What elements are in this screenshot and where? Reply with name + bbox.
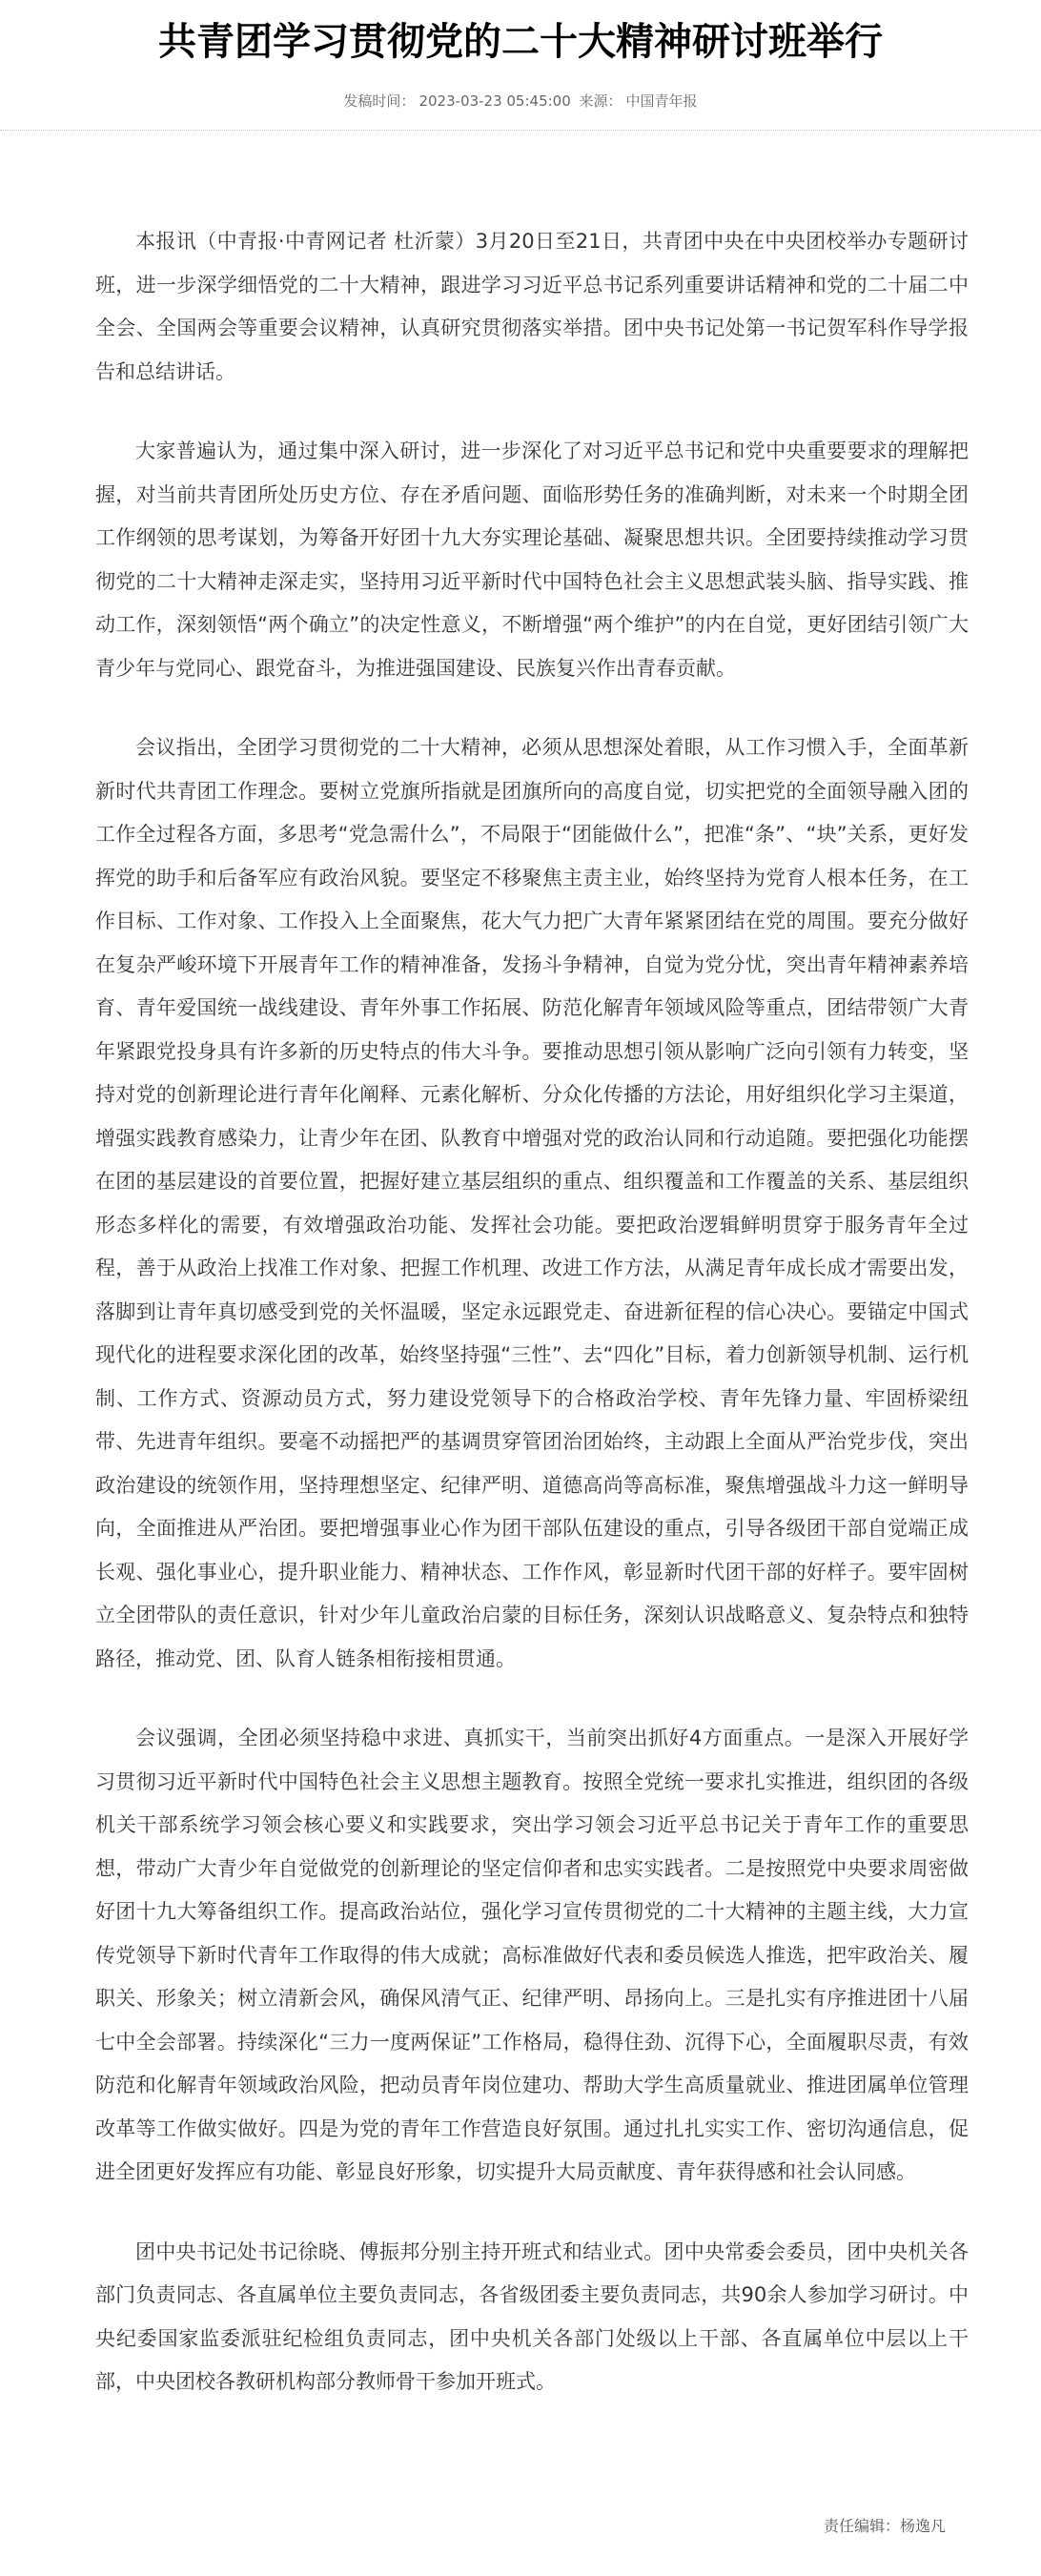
editor-name: 杨逸凡	[900, 2517, 946, 2535]
article-paragraph: 大家普遍认为，通过集中深入研讨，进一步深化了对习近平总书记和党中央重要要求的理解…	[95, 430, 969, 690]
article-paragraph: 会议指出，全团学习贯彻党的二十大精神，必须从思想深处着眼，从工作习惯入手，全面革…	[95, 726, 969, 1681]
article-paragraph: 团中央书记处书记徐晓、傅振邦分别主持开班式和结业式。团中央常委会委员，团中央机关…	[95, 2231, 969, 2404]
responsible-editor: 责任编辑：杨逸凡	[95, 2514, 969, 2536]
source-label: 来源：	[580, 92, 623, 110]
header-divider	[0, 130, 1041, 131]
article-meta: 发稿时间：2023-03-23 05:45:00 来源：中国青年报	[0, 92, 1041, 111]
editor-label: 责任编辑：	[824, 2517, 900, 2535]
article-title: 共青团学习贯彻党的二十大精神研讨班举行	[0, 17, 1041, 67]
source-name: 中国青年报	[626, 92, 698, 110]
publish-time-label: 发稿时间：	[343, 92, 415, 110]
article-header: 共青团学习贯彻党的二十大精神研讨班举行 发稿时间：2023-03-23 05:4…	[0, 0, 1041, 131]
article-paragraph: 会议强调，全团必须坚持稳中求进、真抓实干，当前突出抓好4方面重点。一是深入开展好…	[95, 1717, 969, 2195]
article-body: 本报讯（中青报·中青网记者 杜沂蒙）3月20日至21日，共青团中央在中央团校举办…	[95, 138, 969, 2404]
article-paragraph: 本报讯（中青报·中青网记者 杜沂蒙）3月20日至21日，共青团中央在中央团校举办…	[95, 220, 969, 394]
publish-time: 2023-03-23 05:45:00	[418, 92, 570, 110]
